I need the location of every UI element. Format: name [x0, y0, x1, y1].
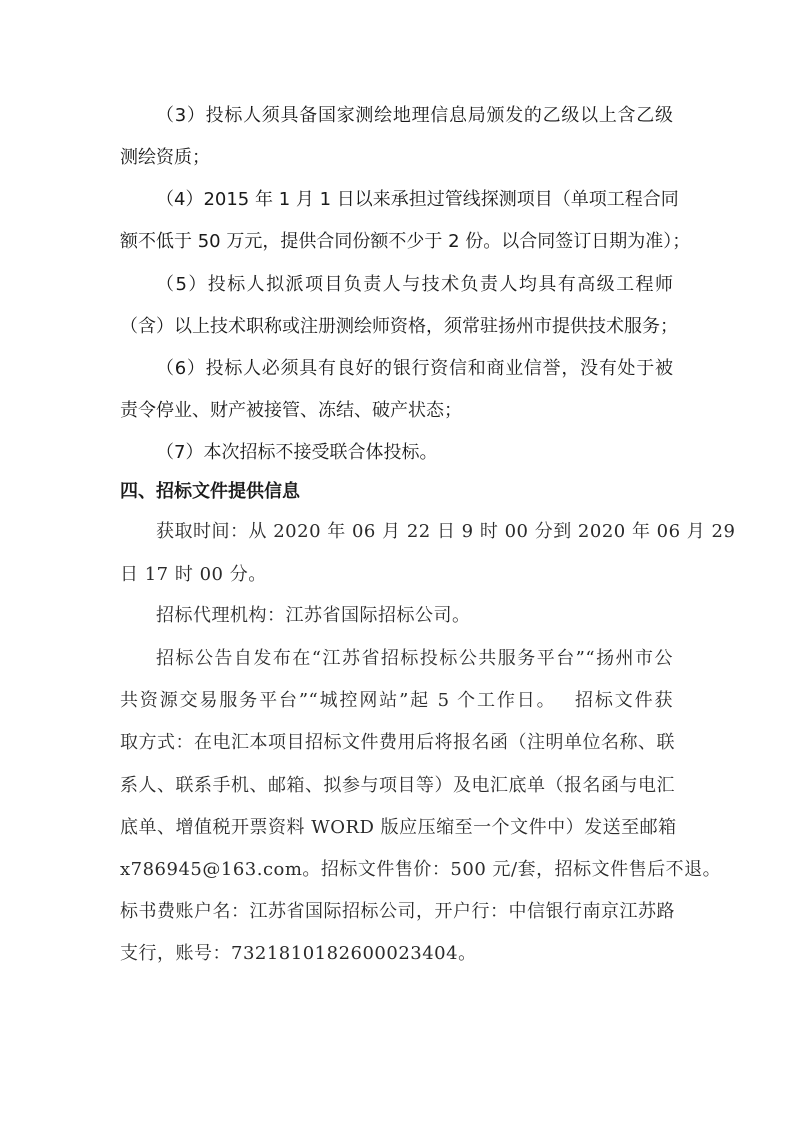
text-line: 测绘资质； — [120, 146, 673, 170]
text-line: （7）本次招标不接受联合体投标。 — [120, 441, 673, 465]
text-line: 责令停业、财产被接管、冻结、破产状态； — [120, 399, 673, 423]
text-line: 标书费账户名：江苏省国际招标公司，开户行：中信银行南京江苏路 — [120, 900, 673, 924]
text-line: （6）投标人必须具有良好的银行资信和商业信誉，没有处于被 — [120, 357, 673, 381]
text-line: 招标代理机构：江苏省国际招标公司。 — [120, 604, 673, 628]
text-line: 额不低于 50 万元，提供合同份额不少于 2 份。以合同签订日期为准）； — [120, 230, 673, 254]
text-line: x786945@163.com。招标文件售价：500 元/套，招标文件售后不退。 — [120, 858, 673, 882]
text-line: （含）以上技术职称或注册测绘师资格，须常驻扬州市提供技术服务； — [120, 315, 673, 339]
text-line: 招标公告自发布在“江苏省招标投标公共服务平台”“扬州市公 — [120, 647, 673, 671]
text-line: （5）投标人拟派项目负责人与技术负责人均具有高级工程师 — [120, 273, 673, 297]
section-heading: 四、招标文件提供信息 — [120, 480, 673, 504]
text-line: 共资源交易服务平台”“城控网站”起 5 个工作日。 招标文件获 — [120, 689, 673, 713]
text-line: （3）投标人须具备国家测绘地理信息局颁发的乙级以上含乙级 — [120, 104, 673, 128]
text-line: 取方式：在电汇本项目招标文件费用后将报名函（注明单位名称、联 — [120, 731, 673, 755]
text-line: （4）2015 年 1 月 1 日以来承担过管线探测项目（单项工程合同 — [120, 188, 673, 212]
text-line: 获取时间：从 2020 年 06 月 22 日 9 时 00 分到 2020 年… — [120, 520, 673, 544]
text-line: 日 17 时 00 分。 — [120, 563, 673, 587]
text-line: 支行，账号：7321810182600023404。 — [120, 942, 673, 966]
text-line: 系人、联系手机、邮箱、拟参与项目等）及电汇底单（报名函与电汇 — [120, 774, 673, 798]
text-line: 底单、增值税开票资料 WORD 版应压缩至一个文件中）发送至邮箱 — [120, 816, 673, 840]
